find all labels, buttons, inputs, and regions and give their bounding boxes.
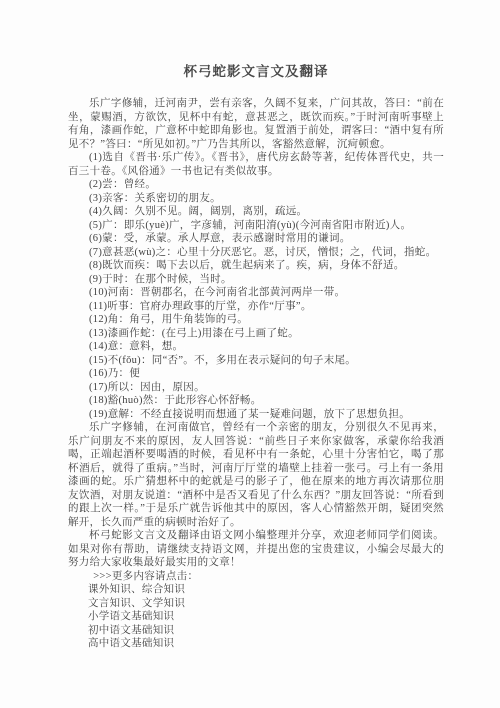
original-text-paragraph: 乐广字修辅，迁河南尹，尝有亲客，久阔不复来，广问其故，答曰：“前在坐，蒙赐酒，方… xyxy=(68,97,444,151)
translation-paragraph: 乐广字修辅，在河南做官，曾经有一个亲密的朋友，分别很久不见再来，乐广问朋友不来的… xyxy=(68,421,444,529)
more-links-section: >>>更多内容请点击： 课外知识、综合知识文言知识、文学知识小学语文基础知识初中… xyxy=(68,570,444,651)
related-links-list: 课外知识、综合知识文言知识、文学知识小学语文基础知识初中语文基础知识高中语文基础… xyxy=(68,583,444,651)
note-item: (17)所以：因由，原因。 xyxy=(68,381,444,395)
link-item[interactable]: 初中语文基础知识 xyxy=(68,624,444,638)
note-item: (5)广：即乐(yuè)广，字彦辅，河南阳淯(yù)(今河南省阳市附近)人。 xyxy=(68,219,444,233)
note-item: (18)豁(huò)然：于此形容心怀舒畅。 xyxy=(68,394,444,408)
link-item[interactable]: 小学语文基础知识 xyxy=(68,610,444,624)
annotations-list: (1)选自《晋书·乐广传》。《晋书》，唐代房玄龄等著，纪传体晋代史，共一百三十卷… xyxy=(68,151,444,421)
more-links-header: >>>更多内容请点击： xyxy=(68,570,444,584)
note-item: (2)尝：曾经。 xyxy=(68,178,444,192)
link-item[interactable]: 课外知识、综合知识 xyxy=(68,583,444,597)
note-item: (19)意解：不经直接说明而想通了某一疑难问题，放下了思想负担。 xyxy=(68,408,444,422)
note-item: (13)漆画作蛇：(在弓上)用漆在弓上画了蛇。 xyxy=(68,327,444,341)
link-item[interactable]: 文言知识、文学知识 xyxy=(68,597,444,611)
document-page: 杯弓蛇影文言文及翻译 乐广字修辅，迁河南尹，尝有亲客，久阔不复来，广问其故，答曰… xyxy=(0,0,500,708)
note-item: (12)角：角弓，用牛角装饰的弓。 xyxy=(68,313,444,327)
note-item: (9)于时：在那个时候，当时。 xyxy=(68,273,444,287)
note-item: (6)蒙：受，承蒙。承人厚意，表示感谢时常用的谦词。 xyxy=(68,232,444,246)
note-item: (7)意甚恶(wù)之：心里十分厌恶它。恶，讨厌，憎恨；之，代词，指蛇。 xyxy=(68,246,444,260)
footer-paragraph: 杯弓蛇影文言文及翻译由语文网小编整理并分享，欢迎老师同学们阅读。如果对你有帮助，… xyxy=(68,529,444,570)
note-item: (14)意：意料，想。 xyxy=(68,340,444,354)
note-item: (1)选自《晋书·乐广传》。《晋书》，唐代房玄龄等著，纪传体晋代史，共一百三十卷… xyxy=(68,151,444,178)
link-item[interactable]: 高中语文基础知识 xyxy=(68,637,444,651)
note-item: (16)乃：便 xyxy=(68,367,444,381)
note-item: (10)河南：晋朝郡名，在今河南省北部黄河两岸一带。 xyxy=(68,286,444,300)
note-item: (11)听事：官府办理政事的厅堂，亦作“厅事”。 xyxy=(68,300,444,314)
note-item: (3)亲客：关系密切的朋友。 xyxy=(68,192,444,206)
document-title: 杯弓蛇影文言文及翻译 xyxy=(68,60,444,80)
note-item: (4)久阔：久别不见。阔，阔别，离别，疏远。 xyxy=(68,205,444,219)
note-item: (15)不(fǒu)：同“否”。不，多用在表示疑问的句子末尾。 xyxy=(68,354,444,368)
note-item: (8)既饮而疾：喝下去以后，就生起病来了。疾，病，身体不舒适。 xyxy=(68,259,444,273)
